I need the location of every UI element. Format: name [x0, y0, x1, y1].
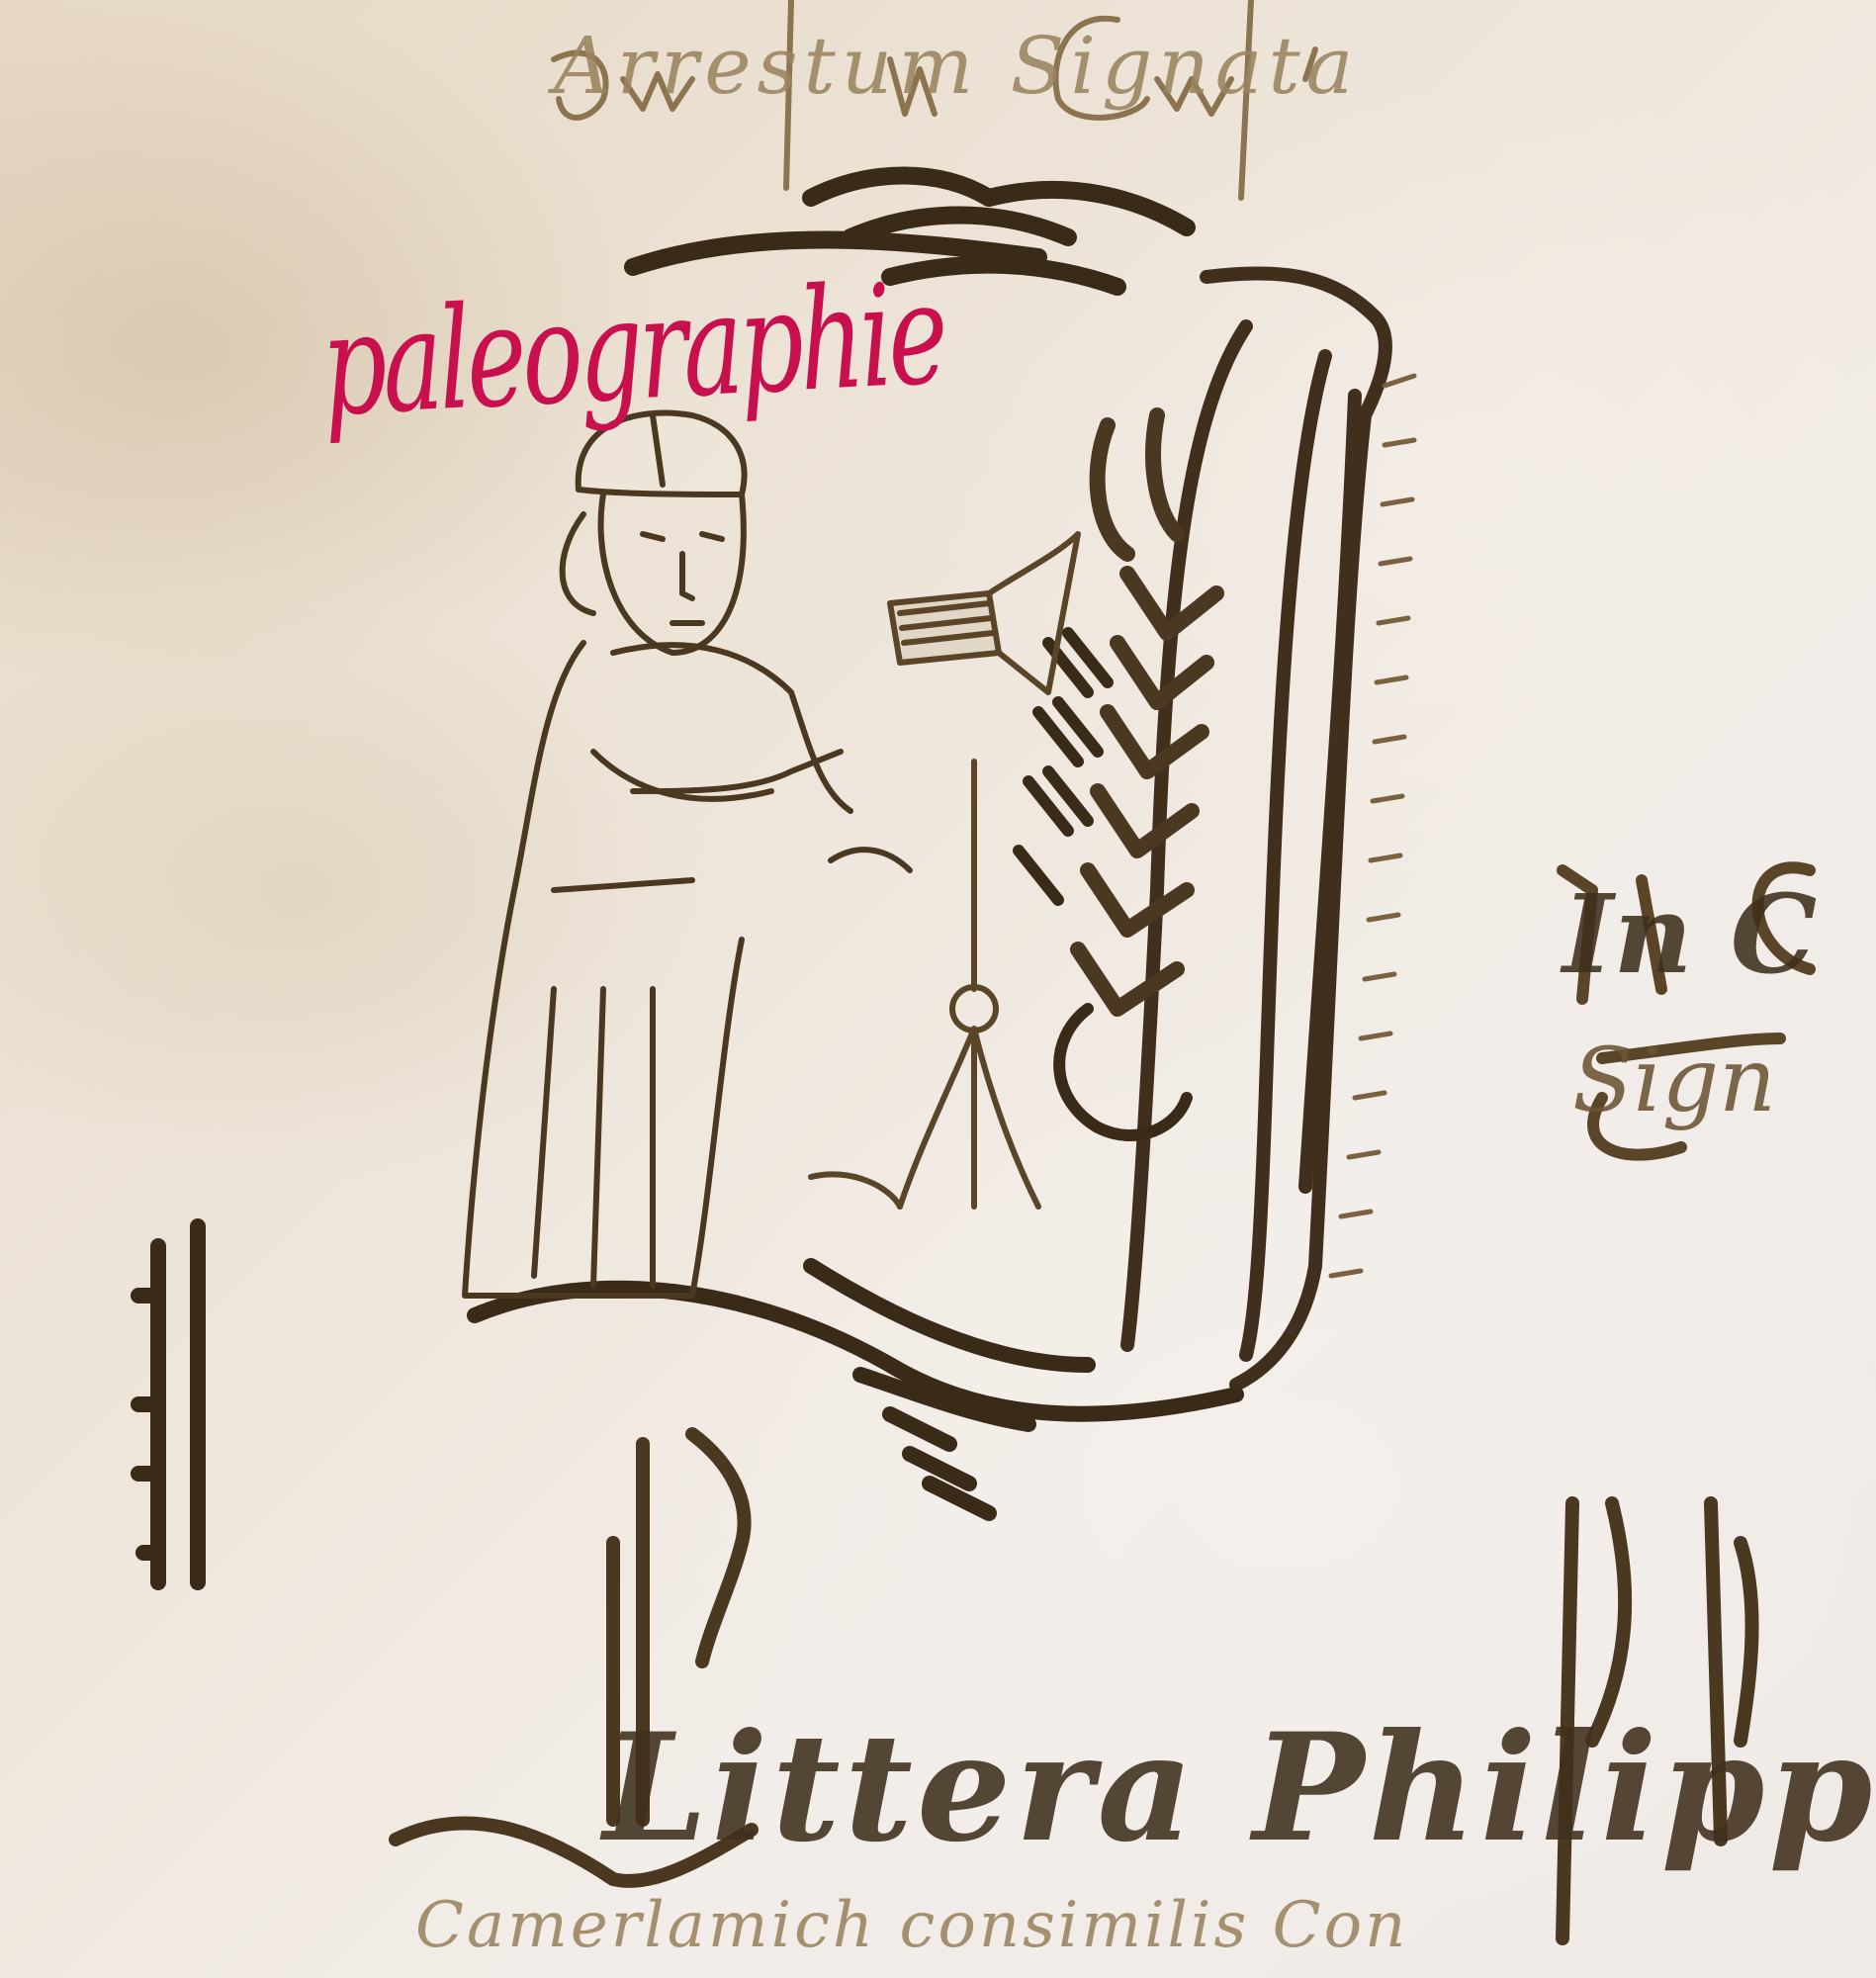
page-title: paleographie	[318, 264, 947, 437]
right-manuscript-line-1: In C	[1563, 870, 1817, 998]
top-manuscript-line: Arrestum Signata	[554, 20, 1359, 112]
scribe-figure	[465, 413, 910, 1296]
bottom-subline: Camerlamich consimilis Con	[415, 1889, 1408, 1962]
initial-inner-strokes	[1078, 415, 1216, 1009]
left-ascender	[138, 1226, 198, 1582]
initial-bottom-swoosh	[475, 1266, 1236, 1513]
bottom-heading: Littera Philipp	[603, 1701, 1876, 1875]
right-manuscript-line-2: Sign	[1572, 1029, 1776, 1132]
